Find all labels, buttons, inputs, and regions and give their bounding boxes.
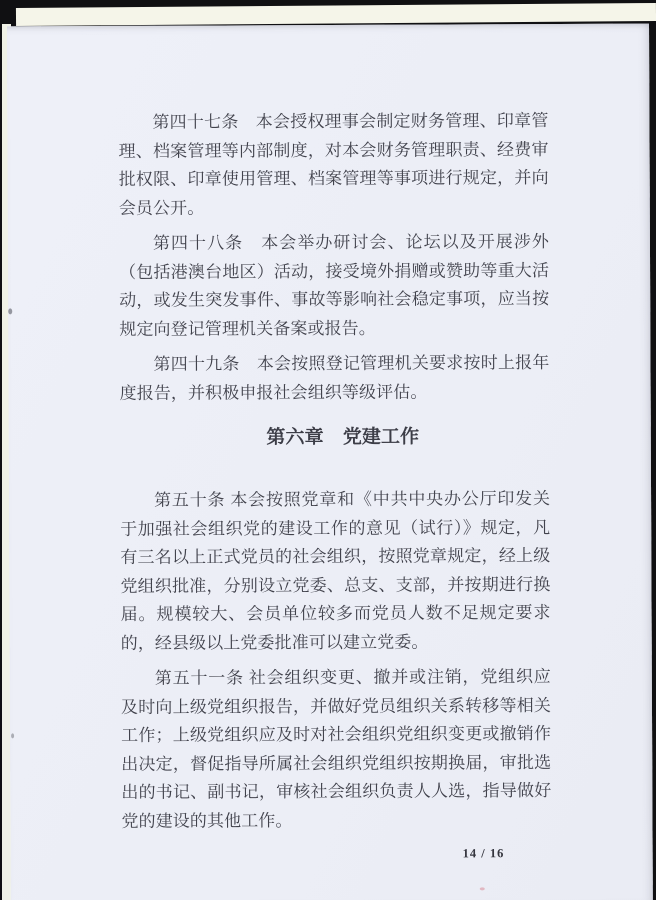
scanned-document-screenshot: { "document": { "articles": [ { "id": "a… [0, 0, 656, 900]
article-47-paragraph: 第四十七条 本会授权理事会制定财务管理、印章管理、档案管理等内部制度，对本会财务… [118, 107, 548, 223]
scan-speck [480, 887, 485, 890]
chapter-heading: 第六章 党建工作 [136, 422, 550, 454]
scanner-lid-strip [16, 3, 656, 26]
article-50-paragraph: 第五十条 本会按照党章和《中共中央办公厅印发关于加强社会组织党的建设工作的意见（… [120, 485, 551, 658]
article-48-paragraph: 第四十八条 本会举办研讨会、论坛以及开展涉外（包括港澳台地区）活动，接受境外捐赠… [119, 228, 549, 344]
scan-speck [11, 733, 14, 738]
article-51-paragraph: 第五十一条 社会组织变更、撤并或注销，党组织应及时向上级党组织报告，并做好党员组… [121, 663, 552, 836]
scan-speck [8, 308, 12, 314]
document-text-block: 第四十七条 本会授权理事会制定财务管理、印章管理、档案管理等内部制度，对本会财务… [118, 107, 551, 843]
article-49-paragraph: 第四十九条 本会按照登记管理机关要求按时上报年度报告，并积极申报社会组织等级评估… [119, 349, 549, 408]
page-number: 14 / 16 [463, 846, 505, 861]
document-page: 第四十七条 本会授权理事会制定财务管理、印章管理、档案管理等内部制度，对本会财务… [7, 24, 653, 900]
